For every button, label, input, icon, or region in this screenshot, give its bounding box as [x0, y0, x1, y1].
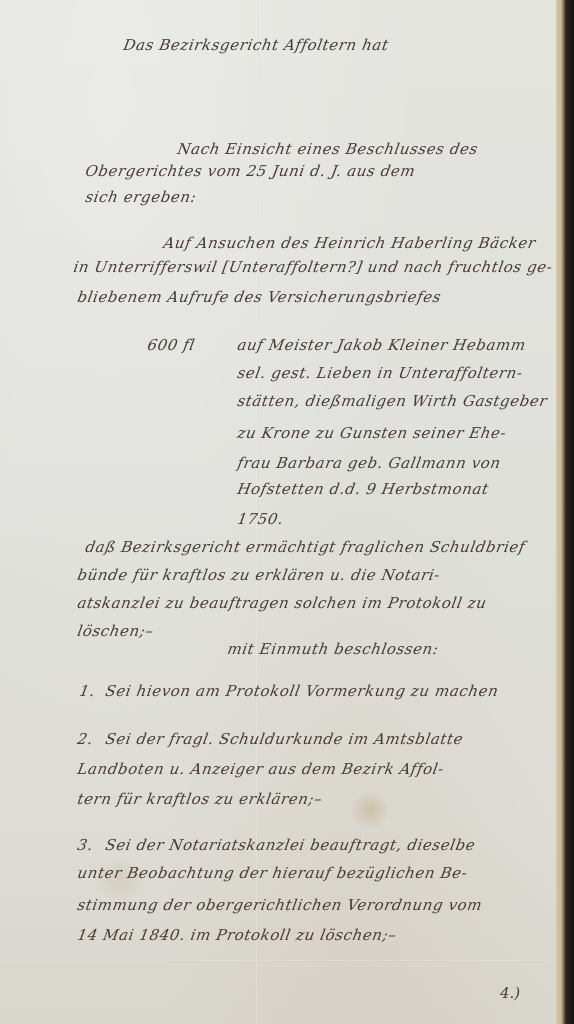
decision-line: löschen;– — [76, 622, 155, 640]
intro-line: sich ergeben: — [84, 188, 198, 206]
debt-detail-line: sel. gest. Lieben in Unteraffoltern- — [236, 364, 524, 382]
resolution-number: 1. — [78, 682, 97, 700]
resolution-line: Sei der fragl. Schuldurkunde im Amtsblat… — [104, 730, 465, 748]
intro-line: Nach Einsicht eines Beschlusses des — [176, 140, 480, 158]
resolution-number: 2. — [76, 730, 95, 748]
debt-amount: 600 fl — [146, 336, 197, 354]
resolution-line: 14 Mai 1840. im Protokoll zu löschen;– — [76, 926, 398, 944]
petition-line: bliebenem Aufrufe des Versicherungsbrief… — [76, 288, 443, 306]
paper-edge-shadow — [556, 0, 574, 1024]
resolution-line: Sei der Notariatskanzlei beauftragt, die… — [104, 836, 477, 854]
debt-detail-line: stätten, dießmaligen Wirth Gastgeber — [236, 392, 549, 410]
petition-line: Auf Ansuchen des Heinrich Haberling Bäck… — [162, 234, 537, 252]
debt-detail-line: zu Krone zu Gunsten seiner Ehe- — [236, 424, 508, 442]
resolution-line: stimmung der obergerichtlichen Verordnun… — [76, 896, 484, 914]
resolution-line: tern für kraftlos zu erklären;– — [76, 790, 324, 808]
page-marker: 4.) — [500, 984, 520, 1002]
decision-line: atskanzlei zu beauftragen solchen im Pro… — [76, 594, 488, 612]
document-header: Das Bezirksgericht Affoltern hat — [122, 36, 390, 54]
manuscript-page: Das Bezirksgericht Affoltern hat Nach Ei… — [0, 0, 556, 1024]
paper-stain — [350, 790, 390, 830]
resolved-heading: mit Einmuth beschlossen: — [226, 640, 440, 658]
decision-line: bünde für kraftlos zu erklären u. die No… — [76, 566, 442, 584]
resolution-number: 3. — [76, 836, 95, 854]
debt-detail-line: Hofstetten d.d. 9 Herbstmonat — [236, 480, 490, 498]
debt-detail-line: frau Barbara geb. Gallmann von — [236, 454, 502, 472]
petition-line: in Unterrifferswil [Unteraffoltern?] und… — [72, 258, 554, 276]
intro-line: Obergerichtes vom 25 Juni d. J. aus dem — [84, 162, 417, 180]
resolution-line: unter Beobachtung der hierauf bezügliche… — [76, 864, 469, 882]
debt-detail-line: auf Meister Jakob Kleiner Hebamm — [236, 336, 527, 354]
resolution-line: Landboten u. Anzeiger aus dem Bezirk Aff… — [76, 760, 446, 778]
paper-fold-horizontal — [0, 960, 556, 962]
debt-detail-line: 1750. — [236, 510, 285, 528]
resolution-line: Sei hievon am Protokoll Vormerkung zu ma… — [104, 682, 500, 700]
decision-line: daß Bezirksgericht ermächtigt fraglichen… — [84, 538, 527, 556]
